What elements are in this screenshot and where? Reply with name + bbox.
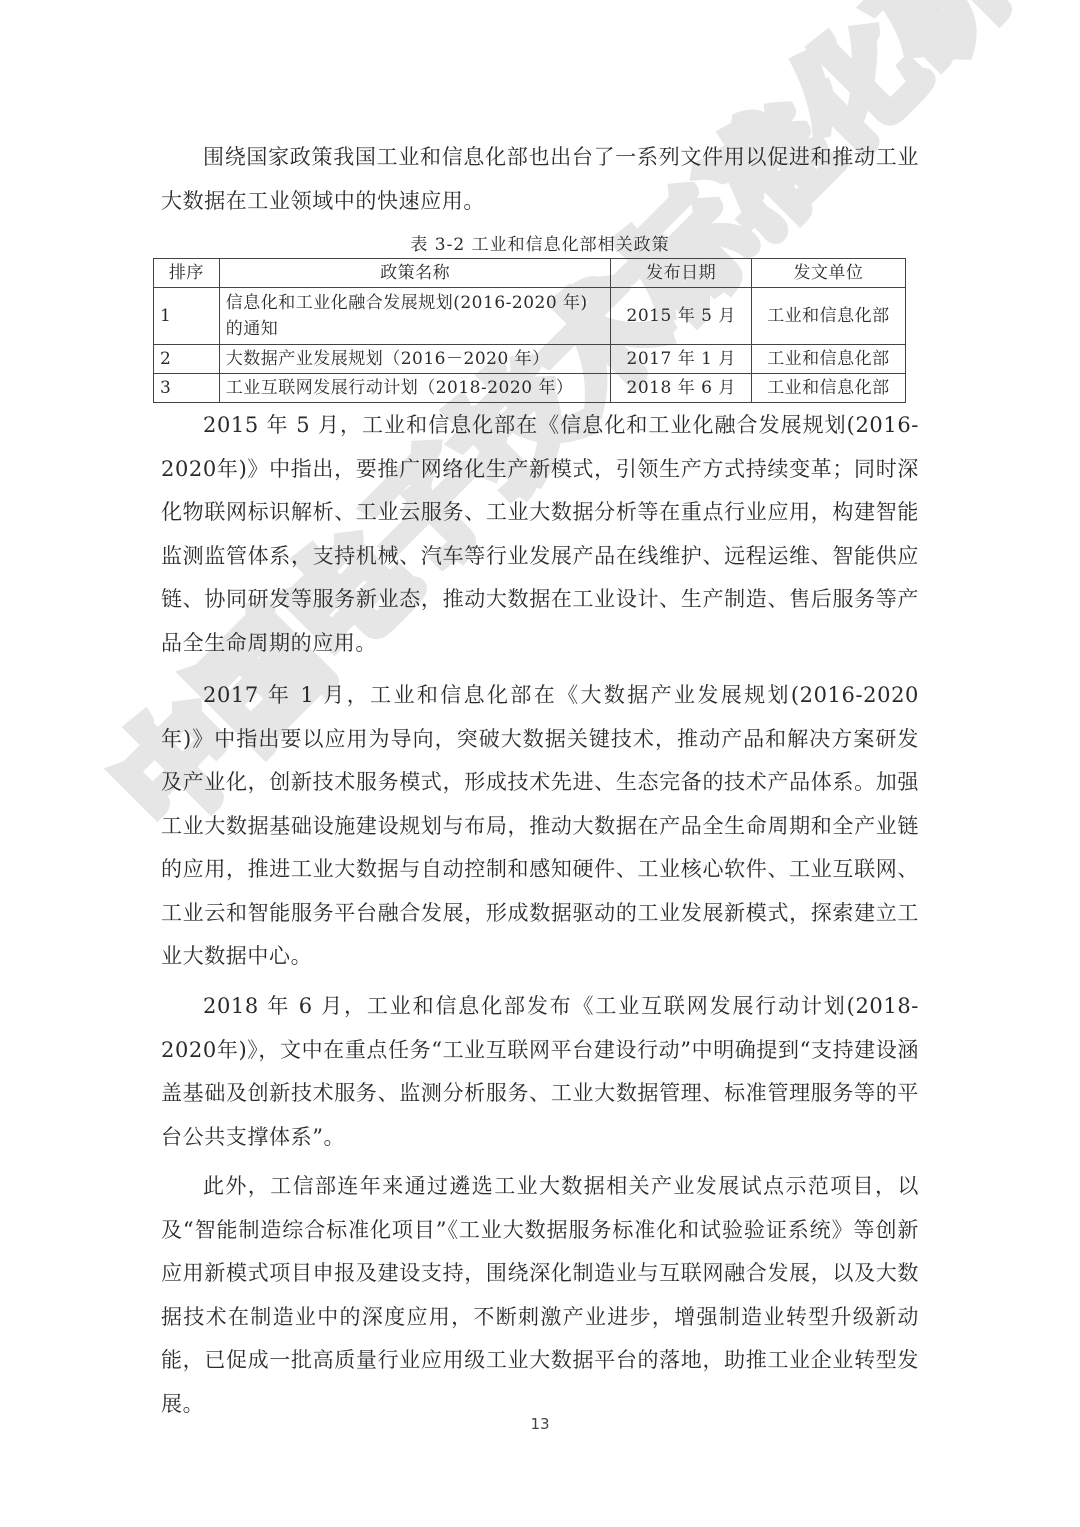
paragraph-2015-plan: 2015 年 5 月，工业和信息化部在《信息化和工业化融合发展规划(2016-2… xyxy=(161,404,919,665)
page-number: 13 xyxy=(0,1415,1080,1433)
cell-policy-name: 工业互联网发展行动计划（2018-2020 年） xyxy=(219,374,611,403)
policy-table: 排序 政策名称 发布日期 发文单位 1 信息化和工业化融合发展规划(2016-2… xyxy=(153,258,906,403)
table-row: 3 工业互联网发展行动计划（2018-2020 年） 2018 年 6 月 工业… xyxy=(154,374,906,403)
table-row: 1 信息化和工业化融合发展规划(2016-2020 年)的通知 2015 年 5… xyxy=(154,288,906,345)
cell-release-date: 2017 年 1 月 xyxy=(611,345,751,374)
cell-rank: 1 xyxy=(154,288,220,345)
header-release-date: 发布日期 xyxy=(611,259,751,288)
cell-policy-name: 大数据产业发展规划（2016－2020 年） xyxy=(219,345,611,374)
cell-rank: 3 xyxy=(154,374,220,403)
paragraph-miit-projects: 此外，工信部连年来通过遴选工业大数据相关产业发展试点示范项目，以及“智能制造综合… xyxy=(161,1165,919,1426)
intro-paragraph: 围绕国家政策我国工业和信息化部也出台了一系列文件用以促进和推动工业大数据在工业领… xyxy=(161,136,919,223)
cell-release-date: 2018 年 6 月 xyxy=(611,374,751,403)
table-header-row: 排序 政策名称 发布日期 发文单位 xyxy=(154,259,906,288)
header-rank: 排序 xyxy=(154,259,220,288)
paragraph-2017-plan: 2017 年 1 月，工业和信息化部在《大数据产业发展规划(2016-2020 … xyxy=(161,674,919,979)
cell-policy-name: 信息化和工业化融合发展规划(2016-2020 年)的通知 xyxy=(219,288,611,345)
cell-issuing-unit: 工业和信息化部 xyxy=(751,288,905,345)
cell-release-date: 2015 年 5 月 xyxy=(611,288,751,345)
cell-issuing-unit: 工业和信息化部 xyxy=(751,374,905,403)
paragraph-2018-plan: 2018 年 6 月，工业和信息化部发布《工业互联网发展行动计划(2018-20… xyxy=(161,985,919,1159)
cell-rank: 2 xyxy=(154,345,220,374)
table-row: 2 大数据产业发展规划（2016－2020 年） 2017 年 1 月 工业和信… xyxy=(154,345,906,374)
header-issuing-unit: 发文单位 xyxy=(751,259,905,288)
header-policy-name: 政策名称 xyxy=(219,259,611,288)
table-caption: 表 3-2 工业和信息化部相关政策 xyxy=(0,230,1080,255)
cell-issuing-unit: 工业和信息化部 xyxy=(751,345,905,374)
document-page: 中国电子技术标准化研究院 围绕国家政策我国工业和信息化部也出台了一系列文件用以促… xyxy=(0,0,1080,1527)
